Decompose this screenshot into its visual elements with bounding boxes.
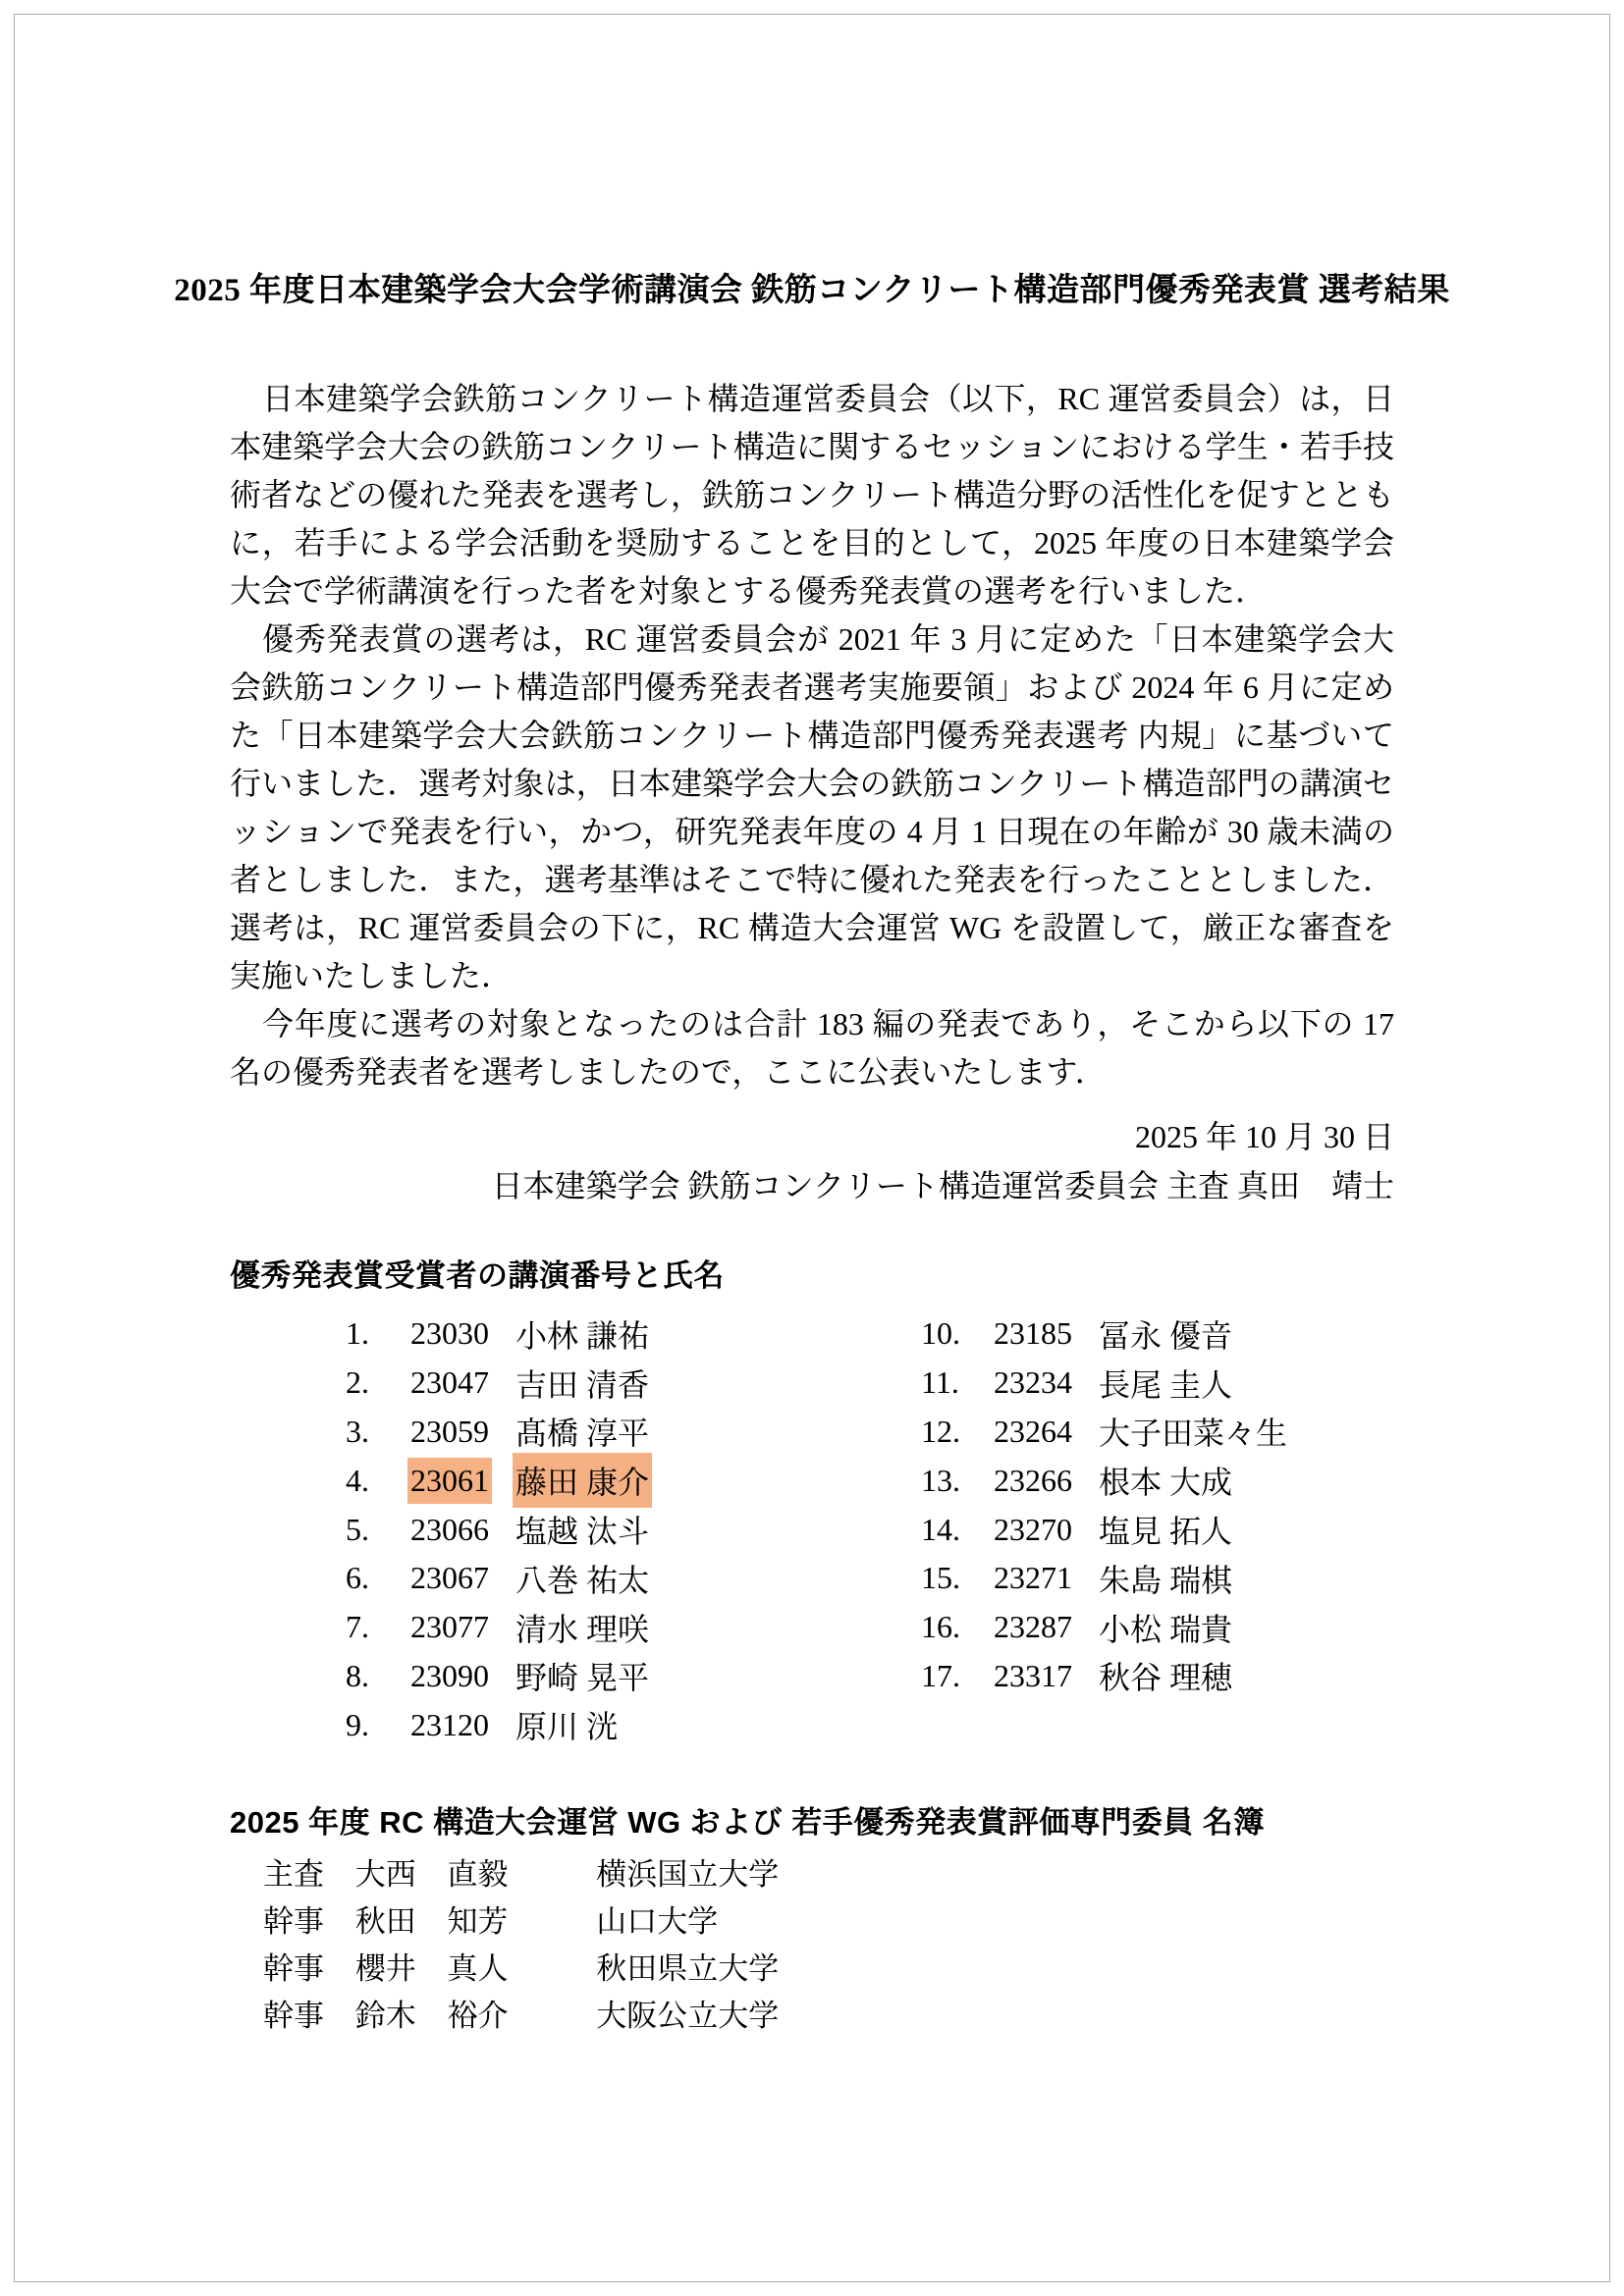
award-number: 15. — [921, 1560, 994, 1596]
award-number: 9. — [346, 1707, 410, 1743]
award-name: 根本 大成 — [1099, 1458, 1232, 1503]
date-line: 2025 年 10 月 30 日 — [230, 1113, 1394, 1161]
award-code: 23067 — [410, 1560, 515, 1596]
committee-family-name: 秋田 — [355, 1898, 440, 1946]
signature-line: 日本建築学会 鉄筋コンクリート構造運営委員会 主査 真田 靖士 — [230, 1162, 1394, 1210]
award-row-highlighted: 4. 23061 藤田 康介 — [346, 1456, 649, 1505]
paragraph: 日本建築学会鉄筋コンクリート構造運営委員会（以下，RC 運営委員会）は，日本建築… — [230, 375, 1394, 615]
award-name: 塩越 汰斗 — [515, 1507, 649, 1552]
award-name: 長尾 圭人 — [1099, 1361, 1232, 1406]
award-code: 23234 — [994, 1364, 1099, 1401]
award-number: 11. — [921, 1364, 994, 1401]
award-row: 7. 23077 清水 理咲 — [346, 1603, 649, 1652]
award-code: 23077 — [410, 1609, 515, 1645]
award-code: 23030 — [410, 1315, 515, 1352]
committee-role: 幹事 — [263, 1993, 348, 2040]
committee-given-name: 裕介 — [448, 1993, 589, 2040]
awards-heading: 優秀発表賞受賞者の講演番号と氏名 — [230, 1255, 725, 1297]
award-name: 冨永 優音 — [1099, 1311, 1232, 1357]
award-row: 5. 23066 塩越 汰斗 — [346, 1505, 649, 1554]
award-number: 5. — [346, 1512, 410, 1548]
award-name: 野崎 晃平 — [515, 1653, 649, 1698]
committee-given-name: 真人 — [448, 1946, 589, 1993]
award-row: 6. 23067 八巻 祐太 — [346, 1554, 649, 1603]
award-name: 原川 洸 — [515, 1702, 618, 1747]
committee-heading: 2025 年度 RC 構造大会運営 WG および 若手優秀発表賞評価専門委員 名… — [230, 1802, 1265, 1843]
award-number: 8. — [346, 1658, 410, 1694]
committee-affiliation: 山口大学 — [596, 1898, 718, 1946]
highlight: 藤田 康介 — [513, 1453, 652, 1508]
award-code: 23090 — [410, 1658, 515, 1694]
award-code: 23264 — [994, 1414, 1099, 1450]
award-name: 秋谷 理穂 — [1099, 1653, 1232, 1698]
award-name: 藤田 康介 — [515, 1458, 649, 1503]
committee-affiliation: 大阪公立大学 — [596, 1993, 779, 2040]
award-name: 八巻 祐太 — [515, 1556, 649, 1601]
award-code: 23287 — [994, 1609, 1099, 1645]
award-row: 2. 23047 吉田 清香 — [346, 1359, 649, 1408]
award-row: 13. 23266 根本 大成 — [921, 1456, 1287, 1505]
award-code: 23271 — [994, 1560, 1099, 1596]
award-name: 塩見 拓人 — [1099, 1507, 1232, 1552]
committee-family-name: 大西 — [355, 1851, 440, 1898]
award-code: 23059 — [410, 1414, 515, 1450]
committee-list: 主査 大西 直毅 横浜国立大学 幹事 秋田 知芳 山口大学 幹事 櫻井 真人 秋… — [263, 1851, 779, 2040]
award-number: 6. — [346, 1560, 410, 1596]
award-row: 10. 23185 冨永 優音 — [921, 1309, 1287, 1359]
committee-row: 主査 大西 直毅 横浜国立大学 — [263, 1851, 779, 1898]
award-code: 23266 — [994, 1463, 1099, 1499]
committee-row: 幹事 櫻井 真人 秋田県立大学 — [263, 1946, 779, 1993]
award-row: 11. 23234 長尾 圭人 — [921, 1359, 1287, 1408]
award-number: 13. — [921, 1463, 994, 1499]
award-number: 12. — [921, 1414, 994, 1450]
award-number: 4. — [346, 1463, 410, 1499]
committee-row: 幹事 鈴木 裕介 大阪公立大学 — [263, 1993, 779, 2040]
award-name: 吉田 清香 — [515, 1361, 649, 1406]
award-name: 大子田菜々生 — [1099, 1409, 1287, 1454]
committee-affiliation: 横浜国立大学 — [596, 1851, 779, 1898]
award-name: 髙橋 淳平 — [515, 1409, 649, 1454]
committee-role: 主査 — [263, 1851, 348, 1898]
committee-family-name: 櫻井 — [355, 1946, 440, 1993]
award-name: 朱島 瑞棋 — [1099, 1556, 1232, 1601]
award-number: 17. — [921, 1658, 994, 1694]
highlight: 23061 — [407, 1458, 492, 1504]
committee-role: 幹事 — [263, 1898, 348, 1946]
committee-given-name: 知芳 — [448, 1898, 589, 1946]
award-row: 14. 23270 塩見 拓人 — [921, 1505, 1287, 1554]
committee-family-name: 鈴木 — [355, 1993, 440, 2040]
award-name: 小林 謙祐 — [515, 1311, 649, 1357]
award-row: 17. 23317 秋谷 理穂 — [921, 1652, 1287, 1701]
award-code: 23066 — [410, 1512, 515, 1548]
award-code: 23120 — [410, 1707, 515, 1743]
award-number: 14. — [921, 1512, 994, 1548]
document-page: 2025 年度日本建築学会大会学術講演会 鉄筋コンクリート構造部門優秀発表賞 選… — [0, 0, 1624, 2296]
award-row: 12. 23264 大子田菜々生 — [921, 1408, 1287, 1457]
paragraph: 優秀発表賞の選考は，RC 運営委員会が 2021 年 3 月に定めた「日本建築学… — [230, 615, 1394, 1000]
award-number: 7. — [346, 1609, 410, 1645]
award-row: 15. 23271 朱島 瑞棋 — [921, 1554, 1287, 1603]
awards-column-right: 10. 23185 冨永 優音 11. 23234 長尾 圭人 12. 2326… — [921, 1309, 1287, 1700]
award-code: 23047 — [410, 1364, 515, 1401]
award-number: 10. — [921, 1315, 994, 1352]
award-number: 2. — [346, 1364, 410, 1401]
award-name: 小松 瑞貴 — [1099, 1605, 1232, 1650]
paragraph: 今年度に選考の対象となったのは合計 183 編の発表であり，そこから以下の 17… — [230, 1000, 1394, 1096]
award-code: 23061 — [410, 1463, 515, 1499]
committee-affiliation: 秋田県立大学 — [596, 1946, 779, 1993]
committee-row: 幹事 秋田 知芳 山口大学 — [263, 1898, 779, 1946]
award-number: 1. — [346, 1315, 410, 1352]
award-row: 8. 23090 野崎 晃平 — [346, 1652, 649, 1701]
award-row: 16. 23287 小松 瑞貴 — [921, 1603, 1287, 1652]
award-number: 3. — [346, 1414, 410, 1450]
page-title: 2025 年度日本建築学会大会学術講演会 鉄筋コンクリート構造部門優秀発表賞 選… — [0, 271, 1624, 310]
award-name: 清水 理咲 — [515, 1605, 649, 1650]
body-paragraphs: 日本建築学会鉄筋コンクリート構造運営委員会（以下，RC 運営委員会）は，日本建築… — [230, 375, 1394, 1096]
committee-role: 幹事 — [263, 1946, 348, 1993]
committee-given-name: 直毅 — [448, 1851, 589, 1898]
awards-column-left: 1. 23030 小林 謙祐 2. 23047 吉田 清香 3. 23059 髙… — [346, 1309, 649, 1749]
award-row: 1. 23030 小林 謙祐 — [346, 1309, 649, 1359]
award-row: 3. 23059 髙橋 淳平 — [346, 1408, 649, 1457]
award-number: 16. — [921, 1609, 994, 1645]
award-code: 23270 — [994, 1512, 1099, 1548]
award-code: 23317 — [994, 1658, 1099, 1694]
award-row: 9. 23120 原川 洸 — [346, 1700, 649, 1749]
award-code: 23185 — [994, 1315, 1099, 1352]
